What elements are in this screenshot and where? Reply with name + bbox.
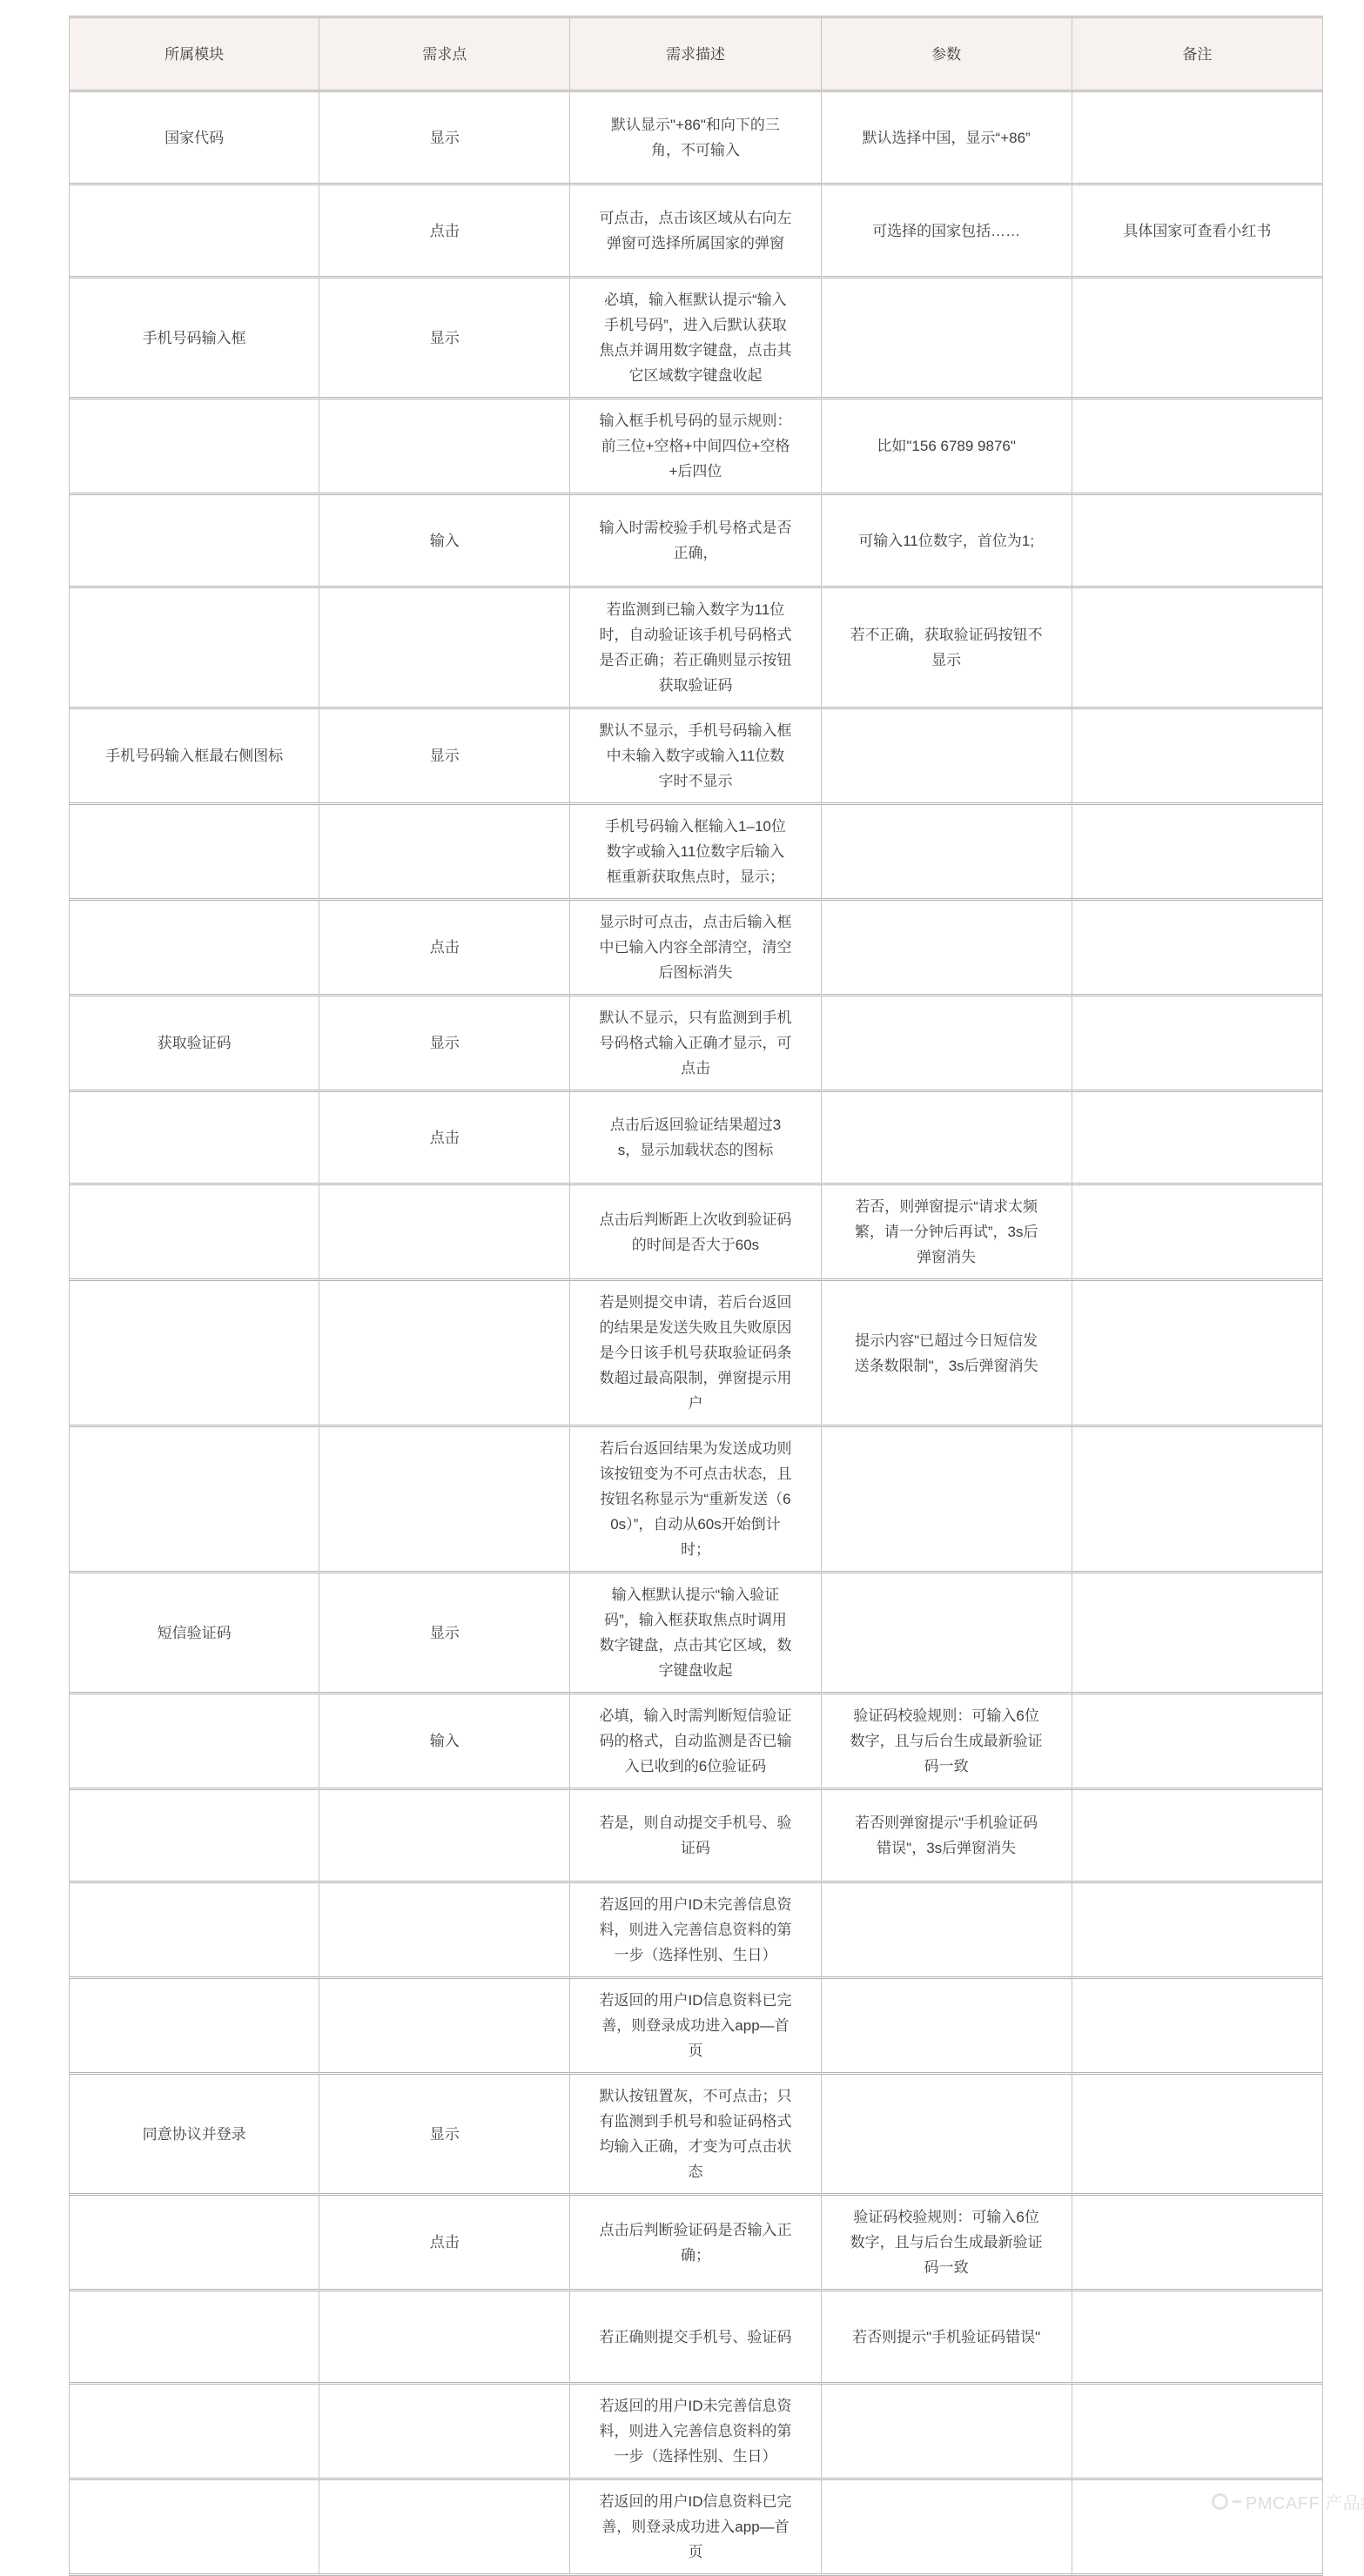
table-row: 国家代码显示默认显示"+86"和向下的三角，不可输入默认选择中国，显示“+86” <box>69 92 1323 185</box>
cell-note <box>1072 709 1323 805</box>
cell-param <box>822 1427 1072 1573</box>
cell-point <box>319 1185 570 1281</box>
cell-note <box>1072 1185 1323 1281</box>
cell-point <box>319 805 570 901</box>
table-row: 点击可点击，点击该区域从右向左弹窗可选择所属国家的弹窗可选择的国家包括……具体国… <box>69 185 1323 278</box>
cell-note <box>1072 1979 1323 2075</box>
cell-desc: 若是则提交申请，若后台返回的结果是发送失败且失败原因是今日该手机号获取验证码条数… <box>570 1281 821 1427</box>
table-head: 所属模块需求点需求描述参数备注 <box>69 16 1323 92</box>
cell-point <box>319 1979 570 2075</box>
column-header-point: 需求点 <box>319 16 570 92</box>
table-row: 若返回的用户ID信息资料已完善，则登录成功进入app—首页 <box>69 2480 1323 2576</box>
cell-point: 显示 <box>319 278 570 399</box>
watermark-text: PMCAFF 产品经理社区 <box>1246 2489 1364 2514</box>
cell-desc: 默认显示"+86"和向下的三角，不可输入 <box>570 92 821 185</box>
watermark-dash <box>1233 2500 1241 2503</box>
cell-point <box>319 2291 570 2385</box>
cell-param: 若否则提示"手机验证码错误" <box>822 2291 1072 2385</box>
cell-param: 提示内容"已超过今日短信发送条数限制"，3s后弹窗消失 <box>822 1281 1072 1427</box>
cell-desc: 若返回的用户ID未完善信息资料，则进入完善信息资料的第一步（选择性别、生日） <box>570 1883 821 1979</box>
cell-module: 手机号码输入框最右侧图标 <box>69 709 319 805</box>
cell-param: 可输入11位数字，首位为1; <box>822 495 1072 588</box>
cell-note <box>1072 1281 1323 1427</box>
cell-note <box>1072 2196 1323 2291</box>
table-row: 手机号码输入框最右侧图标显示默认不显示，手机号码输入框中未输入数字或输入11位数… <box>69 709 1323 805</box>
requirements-table-container: 所属模块需求点需求描述参数备注 国家代码显示默认显示"+86"和向下的三角，不可… <box>69 16 1323 2576</box>
column-header-param: 参数 <box>822 16 1072 92</box>
table-row: 点击显示时可点击，点击后输入框中已输入内容全部清空，清空后图标消失 <box>69 901 1323 996</box>
cell-module <box>69 1092 319 1185</box>
cell-desc: 输入框手机号码的显示规则：前三位+空格+中间四位+空格+后四位 <box>570 399 821 495</box>
table-row: 若返回的用户ID未完善信息资料，则进入完善信息资料的第一步（选择性别、生日） <box>69 1883 1323 1979</box>
cell-param <box>822 1092 1072 1185</box>
cell-module: 国家代码 <box>69 92 319 185</box>
cell-note <box>1072 2291 1323 2385</box>
table-row: 点击后判断距上次收到验证码的时间是否大于60s若否，则弹窗提示“请求太频繁，请一… <box>69 1185 1323 1281</box>
cell-param: 比如"156 6789 9876" <box>822 399 1072 495</box>
requirements-table: 所属模块需求点需求描述参数备注 国家代码显示默认显示"+86"和向下的三角，不可… <box>69 16 1323 2576</box>
cell-desc: 可点击，点击该区域从右向左弹窗可选择所属国家的弹窗 <box>570 185 821 278</box>
cell-param: 验证码校验规则：可输入6位数字，且与后台生成最新验证码一致 <box>822 1694 1072 1790</box>
cell-note <box>1072 399 1323 495</box>
cell-desc: 必填，输入时需判断短信验证码的格式，自动监测是否已输入已收到的6位验证码 <box>570 1694 821 1790</box>
cell-module <box>69 1790 319 1883</box>
cell-param: 默认选择中国，显示“+86” <box>822 92 1072 185</box>
cell-desc: 手机号码输入框输入1–10位数字或输入11位数字后输入框重新获取焦点时，显示； <box>570 805 821 901</box>
cell-param <box>822 2480 1072 2576</box>
cell-point: 点击 <box>319 1092 570 1185</box>
cell-point: 输入 <box>319 495 570 588</box>
table-row: 若返回的用户ID信息资料已完善，则登录成功进入app—首页 <box>69 1979 1323 2075</box>
cell-module <box>69 901 319 996</box>
cell-point: 点击 <box>319 185 570 278</box>
table-row: 输入必填，输入时需判断短信验证码的格式，自动监测是否已输入已收到的6位验证码验证… <box>69 1694 1323 1790</box>
table-header-row: 所属模块需求点需求描述参数备注 <box>69 16 1323 92</box>
cell-param <box>822 1979 1072 2075</box>
table-row: 若正确则提交手机号、验证码若否则提示"手机验证码错误" <box>69 2291 1323 2385</box>
table-row: 输入框手机号码的显示规则：前三位+空格+中间四位+空格+后四位比如"156 67… <box>69 399 1323 495</box>
cell-module <box>69 2196 319 2291</box>
cell-desc: 点击后判断距上次收到验证码的时间是否大于60s <box>570 1185 821 1281</box>
cell-point <box>319 1790 570 1883</box>
cell-module <box>69 2291 319 2385</box>
cell-param: 可选择的国家包括…… <box>822 185 1072 278</box>
cell-note: 具体国家可查看小红书 <box>1072 185 1323 278</box>
cell-module <box>69 495 319 588</box>
cell-point: 显示 <box>319 709 570 805</box>
cell-note <box>1072 495 1323 588</box>
table-row: 手机号码输入框显示必填，输入框默认提示“输入手机号码”，进入后默认获取焦点并调用… <box>69 278 1323 399</box>
cell-module: 短信验证码 <box>69 1573 319 1694</box>
cell-desc: 若返回的用户ID信息资料已完善，则登录成功进入app—首页 <box>570 1979 821 2075</box>
cell-module <box>69 1979 319 2075</box>
column-header-desc: 需求描述 <box>570 16 821 92</box>
cell-note <box>1072 2385 1323 2480</box>
cell-note <box>1072 1092 1323 1185</box>
cell-param <box>822 2075 1072 2196</box>
cell-module: 手机号码输入框 <box>69 278 319 399</box>
cell-module <box>69 1694 319 1790</box>
cell-desc: 若后台返回结果为发送成功则该按钮变为不可点击状态，且按钮名称显示为“重新发送（6… <box>570 1427 821 1573</box>
cell-param <box>822 2385 1072 2480</box>
cell-module <box>69 1185 319 1281</box>
cell-desc: 若监测到已输入数字为11位时，自动验证该手机号码格式是否正确；若正确则显示按钮获… <box>570 588 821 709</box>
table-row: 同意协议并登录显示默认按钮置灰，不可点击；只有监测到手机号和验证码格式均输入正确… <box>69 2075 1323 2196</box>
column-header-module: 所属模块 <box>69 16 319 92</box>
cell-desc: 点击后返回验证结果超过3s，显示加载状态的图标 <box>570 1092 821 1185</box>
cell-module <box>69 1883 319 1979</box>
table-row: 手机号码输入框输入1–10位数字或输入11位数字后输入框重新获取焦点时，显示； <box>69 805 1323 901</box>
column-header-note: 备注 <box>1072 16 1323 92</box>
cell-param: 若否则弹窗提示"手机验证码错误"，3s后弹窗消失 <box>822 1790 1072 1883</box>
cell-note <box>1072 1694 1323 1790</box>
cell-desc: 点击后判断验证码是否输入正确； <box>570 2196 821 2291</box>
table-row: 获取验证码显示默认不显示，只有监测到手机号码格式输入正确才显示，可点击 <box>69 996 1323 1092</box>
cell-note <box>1072 1790 1323 1883</box>
cell-point <box>319 2480 570 2576</box>
table-row: 若是则提交申请，若后台返回的结果是发送失败且失败原因是今日该手机号获取验证码条数… <box>69 1281 1323 1427</box>
cell-param <box>822 901 1072 996</box>
cell-module <box>69 1427 319 1573</box>
cell-note <box>1072 1427 1323 1573</box>
cell-note <box>1072 1883 1323 1979</box>
cell-module <box>69 2480 319 2576</box>
table-row: 点击点击后返回验证结果超过3s，显示加载状态的图标 <box>69 1092 1323 1185</box>
cell-module <box>69 805 319 901</box>
cell-param: 验证码校验规则：可输入6位数字，且与后台生成最新验证码一致 <box>822 2196 1072 2291</box>
cell-point <box>319 588 570 709</box>
cell-point: 显示 <box>319 92 570 185</box>
cell-param: 若不正确，获取验证码按钮不显示 <box>822 588 1072 709</box>
cell-param <box>822 996 1072 1092</box>
cell-desc: 若是，则自动提交手机号、验证码 <box>570 1790 821 1883</box>
cell-param: 若否，则弹窗提示“请求太频繁，请一分钟后再试”，3s后弹窗消失 <box>822 1185 1072 1281</box>
cell-desc: 默认不显示，只有监测到手机号码格式输入正确才显示，可点击 <box>570 996 821 1092</box>
cell-note <box>1072 901 1323 996</box>
cell-note <box>1072 278 1323 399</box>
cell-point <box>319 1427 570 1573</box>
cell-desc: 若正确则提交手机号、验证码 <box>570 2291 821 2385</box>
cell-note <box>1072 2075 1323 2196</box>
cell-param <box>822 1883 1072 1979</box>
table-row: 输入输入时需校验手机号格式是否正确，可输入11位数字，首位为1; <box>69 495 1323 588</box>
cell-desc: 默认按钮置灰，不可点击；只有监测到手机号和验证码格式均输入正确，才变为可点击状态 <box>570 2075 821 2196</box>
cell-point: 显示 <box>319 1573 570 1694</box>
cell-point <box>319 399 570 495</box>
cell-desc: 显示时可点击，点击后输入框中已输入内容全部清空，清空后图标消失 <box>570 901 821 996</box>
table-row: 点击点击后判断验证码是否输入正确；验证码校验规则：可输入6位数字，且与后台生成最… <box>69 2196 1323 2291</box>
cell-param <box>822 805 1072 901</box>
cell-desc: 默认不显示，手机号码输入框中未输入数字或输入11位数字时不显示 <box>570 709 821 805</box>
cell-desc: 必填，输入框默认提示“输入手机号码”，进入后默认获取焦点并调用数字键盘，点击其它… <box>570 278 821 399</box>
cell-desc: 若返回的用户ID未完善信息资料，则进入完善信息资料的第一步（选择性别、生日） <box>570 2385 821 2480</box>
cell-point <box>319 1883 570 1979</box>
cell-module <box>69 588 319 709</box>
table-row: 短信验证码显示输入框默认提示“输入验证码”，输入框获取焦点时调用数字键盘，点击其… <box>69 1573 1323 1694</box>
cell-note <box>1072 92 1323 185</box>
cell-point: 点击 <box>319 2196 570 2291</box>
cell-note <box>1072 588 1323 709</box>
table-row: 若监测到已输入数字为11位时，自动验证该手机号码格式是否正确；若正确则显示按钮获… <box>69 588 1323 709</box>
cell-module <box>69 1281 319 1427</box>
cell-module <box>69 2385 319 2480</box>
cell-desc: 输入框默认提示“输入验证码”，输入框获取焦点时调用数字键盘，点击其它区域，数字键… <box>570 1573 821 1694</box>
cell-module: 同意协议并登录 <box>69 2075 319 2196</box>
table-row: 若是，则自动提交手机号、验证码若否则弹窗提示"手机验证码错误"，3s后弹窗消失 <box>69 1790 1323 1883</box>
cell-point <box>319 2385 570 2480</box>
cell-module <box>69 185 319 278</box>
cell-param <box>822 278 1072 399</box>
cell-desc: 若返回的用户ID信息资料已完善，则登录成功进入app—首页 <box>570 2480 821 2576</box>
cell-param <box>822 709 1072 805</box>
cell-param <box>822 1573 1072 1694</box>
cell-note <box>1072 805 1323 901</box>
table-row: 若后台返回结果为发送成功则该按钮变为不可点击状态，且按钮名称显示为“重新发送（6… <box>69 1427 1323 1573</box>
table-row: 若返回的用户ID未完善信息资料，则进入完善信息资料的第一步（选择性别、生日） <box>69 2385 1323 2480</box>
cell-note <box>1072 996 1323 1092</box>
cell-point: 显示 <box>319 996 570 1092</box>
table-body: 国家代码显示默认显示"+86"和向下的三角，不可输入默认选择中国，显示“+86”… <box>69 92 1323 2576</box>
cell-module <box>69 399 319 495</box>
cell-point: 输入 <box>319 1694 570 1790</box>
cell-note <box>1072 1573 1323 1694</box>
cell-module: 获取验证码 <box>69 996 319 1092</box>
cell-point <box>319 1281 570 1427</box>
watermark: PMCAFF 产品经理社区 <box>1212 2489 1364 2514</box>
cell-point: 点击 <box>319 901 570 996</box>
pmcaff-logo-icon <box>1212 2493 1228 2510</box>
cell-point: 显示 <box>319 2075 570 2196</box>
cell-desc: 输入时需校验手机号格式是否正确， <box>570 495 821 588</box>
